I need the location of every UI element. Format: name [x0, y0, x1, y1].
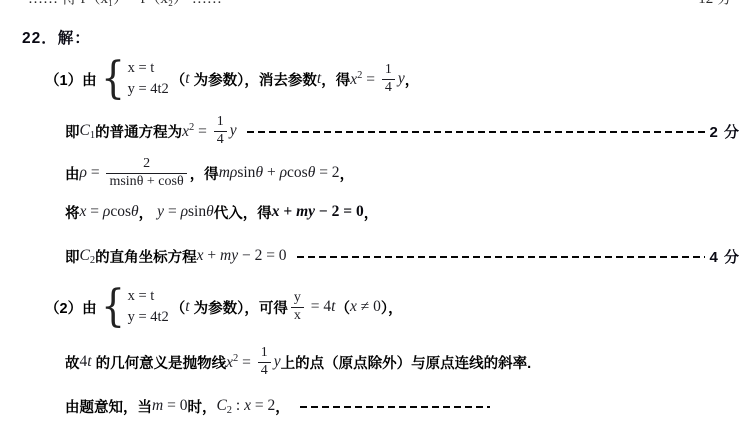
math-expression: m = 0	[152, 397, 187, 415]
chinese-text: 时，	[187, 396, 216, 417]
dotted-leader-line	[247, 131, 706, 133]
math-token: 1	[261, 345, 268, 360]
math-token: cos	[110, 203, 131, 220]
math-token: +	[279, 203, 296, 220]
line-geometric-meaning: 故4t 的几何意义是抛物线x2 = 14y上的点（原点除外）与原点连线的斜率.	[65, 340, 531, 384]
math-expression: y	[230, 122, 237, 140]
math-token: = 2	[315, 164, 339, 181]
line-m-zero-case: 由题意知，当m = 0时，C2 : x = 2，	[65, 394, 494, 418]
math-expression: x + my − 2 = 0	[197, 247, 287, 265]
math-token: =	[86, 203, 103, 220]
math-token: = 0	[163, 397, 187, 414]
math-token: θ	[255, 164, 263, 181]
math-token: cos	[287, 164, 308, 181]
chinese-text: 代入，得	[214, 202, 272, 223]
chinese-text: （1）由	[45, 69, 97, 90]
math-expression: x ≠ 0	[350, 298, 381, 316]
math-token: ≠ 0	[357, 298, 381, 315]
math-token: +	[203, 247, 220, 264]
chinese-text: ，得	[321, 69, 350, 90]
fraction-denominator: msinθ + cosθ	[106, 173, 186, 190]
dotted-leader-line	[300, 406, 490, 408]
fraction: 14	[214, 114, 227, 147]
math-token: =	[238, 354, 255, 371]
math-token: = 4	[307, 298, 331, 315]
score-mark: 4 分	[709, 246, 740, 267]
fraction-numerator: 2	[140, 156, 153, 172]
chinese-text: （	[171, 297, 186, 318]
line-part2-system: （2）由{x = ty = 4t2（t 为参数），可得yx = 4t（x ≠ 0…	[45, 283, 403, 331]
chinese-text: ，	[275, 396, 290, 417]
chinese-text: 即	[65, 246, 80, 267]
chinese-text: ，	[405, 69, 420, 90]
math-expression: y	[398, 70, 405, 88]
chinese-text: 上的点（原点除外）与原点连线的斜率.	[281, 352, 532, 373]
clipped-text-right: 12 分	[698, 0, 732, 8]
math-token: m	[220, 247, 231, 264]
math-token: x	[182, 123, 189, 140]
math-token: C	[80, 122, 90, 139]
math-token: x	[244, 397, 251, 414]
math-expression: y = ρsinθ	[157, 203, 214, 221]
system-row: y = 4t2	[128, 79, 169, 100]
math-token: x	[226, 354, 233, 371]
line-c1-equation-score2: 即C1的普通方程为x2 = 14y2 分	[65, 110, 740, 152]
math-token: C	[80, 247, 90, 264]
chinese-text: （	[171, 69, 186, 90]
fraction-denominator: 4	[258, 362, 271, 379]
math-token: θ	[177, 174, 184, 189]
math-token: = 4	[135, 81, 158, 97]
chinese-text: 的普通方程为	[95, 121, 182, 142]
chinese-text: ，	[340, 163, 355, 184]
problem-number-heading: 22．解：	[22, 26, 91, 48]
fraction-denominator: 4	[382, 79, 395, 96]
math-expression: ρ =	[80, 164, 104, 182]
fraction-numerator: 1	[258, 345, 271, 361]
math-expression: mρsinθ + ρcosθ = 2	[219, 164, 340, 182]
math-token: y	[294, 290, 301, 305]
math-token: = 4	[135, 309, 158, 325]
math-expression: x2 =	[182, 122, 211, 141]
math-token: θ	[206, 203, 214, 220]
chinese-text: 为参数），可得	[190, 297, 288, 318]
fraction-denominator: 4	[214, 131, 227, 148]
chinese-text: 由	[65, 163, 80, 184]
clipped-previous-line: …… 得 f（x₁）− f（x₂） …… 12 分	[0, 0, 746, 9]
line-part1-system: （1）由{x = ty = 4t2（t 为参数），消去参数t，得x2 = 14y…	[45, 55, 419, 103]
fraction-denominator: x	[291, 307, 304, 324]
equation-system: {x = ty = 4t2	[99, 58, 169, 100]
chinese-text: 为参数），消去参数	[190, 69, 317, 90]
chinese-text: ，得	[190, 163, 219, 184]
math-token: y	[274, 353, 281, 370]
math-token: =	[362, 71, 379, 88]
math-token: t	[150, 288, 154, 304]
math-token: 1	[385, 62, 392, 77]
system-row: y = 4t2	[128, 307, 169, 328]
math-token: − 2 = 0	[238, 247, 286, 264]
line-polar-equation: 由ρ = 2msinθ + cosθ，得mρsinθ + ρcosθ = 2，	[65, 150, 354, 196]
math-token: m	[219, 164, 230, 181]
math-solution-document: …… 得 f（x₁）− f（x₂） …… 12 分 22．解： （1）由{x =…	[0, 0, 746, 434]
math-token: x	[350, 298, 357, 315]
chinese-text: 即	[65, 121, 80, 142]
system-rows: x = ty = 4t2	[128, 58, 169, 100]
fraction: 2msinθ + cosθ	[106, 156, 186, 189]
dotted-leader-line	[297, 256, 706, 258]
math-token: m	[296, 203, 308, 220]
chinese-text: （	[335, 297, 350, 318]
chinese-text: 将	[65, 202, 80, 223]
math-token: sin	[188, 203, 206, 220]
math-token: y	[128, 81, 135, 97]
math-expression: C1	[80, 122, 96, 141]
math-token: + cos	[143, 174, 177, 189]
math-token: ρ	[80, 164, 87, 181]
math-expression: = 4t	[307, 298, 336, 316]
math-token: y	[398, 70, 405, 87]
math-token: ρ	[280, 164, 287, 181]
math-expression: x = ρcosθ	[80, 203, 139, 221]
math-token: =	[194, 123, 211, 140]
math-token: =	[164, 203, 181, 220]
math-token: − 2 = 0	[315, 203, 364, 220]
math-token: 1	[217, 114, 224, 129]
math-token: t	[150, 60, 154, 76]
fraction-numerator: 1	[382, 62, 395, 78]
math-token: y	[128, 309, 135, 325]
line-substitution: 将x = ρcosθ， y = ρsinθ代入，得x + my − 2 = 0，	[65, 200, 378, 224]
math-token: :	[232, 397, 244, 414]
math-expression: 4t	[80, 353, 92, 371]
math-token: 4	[217, 132, 224, 147]
math-expression: C2 : x = 2	[216, 397, 275, 416]
chinese-text: 的直角坐标方程	[95, 246, 197, 267]
math-token: 4	[261, 363, 268, 378]
math-token: m	[152, 397, 163, 414]
chinese-text: 故	[65, 352, 80, 373]
math-token: 2	[162, 81, 169, 97]
math-expression: C2	[80, 247, 96, 266]
math-token: x	[128, 288, 135, 304]
fraction: yx	[291, 290, 304, 323]
math-token: y	[308, 203, 315, 220]
math-token: C	[216, 397, 226, 414]
left-brace-icon: {	[101, 286, 125, 328]
chinese-text: （2）由	[45, 297, 97, 318]
chinese-text: ），	[381, 297, 403, 318]
math-token: x	[294, 308, 301, 323]
math-token: x	[128, 60, 135, 76]
chinese-text: ，	[364, 202, 379, 223]
fraction: 14	[382, 62, 395, 95]
chinese-text: 的几何意义是抛物线	[92, 352, 227, 373]
system-row: x = t	[128, 286, 169, 307]
equation-system: {x = ty = 4t2	[99, 286, 169, 328]
line-c2-equation-score4: 即C2的直角坐标方程x + my − 2 = 04 分	[65, 244, 740, 268]
system-row: x = t	[128, 58, 169, 79]
math-token: 2	[143, 156, 150, 171]
math-token: sin	[237, 164, 255, 181]
clipped-text-left: …… 得 f（x₁）− f（x₂） ……	[28, 0, 222, 8]
score-mark: 2 分	[709, 121, 740, 142]
math-expression: y	[274, 353, 281, 371]
math-token: m	[109, 174, 120, 189]
fraction-numerator: 1	[214, 114, 227, 130]
math-expression: x2 =	[226, 353, 255, 372]
math-token: ρ	[181, 203, 188, 220]
fraction: 14	[258, 345, 271, 378]
math-token: = 2	[251, 397, 275, 414]
math-token: =	[135, 60, 150, 76]
math-token: sin	[120, 174, 136, 189]
math-token: =	[87, 164, 104, 181]
math-token: 2	[162, 309, 169, 325]
fraction-numerator: y	[291, 290, 304, 306]
math-token: y	[230, 122, 237, 139]
math-expression: x + my − 2 = 0	[272, 203, 364, 221]
chinese-text: 由题意知，当	[65, 396, 152, 417]
left-brace-icon: {	[101, 58, 125, 100]
math-token: θ	[131, 203, 139, 220]
math-token: 4	[385, 80, 392, 95]
math-token: +	[263, 164, 280, 181]
chinese-text: ，	[139, 202, 158, 223]
math-token: =	[135, 288, 150, 304]
math-expression: x2 =	[350, 70, 379, 89]
system-rows: x = ty = 4t2	[128, 286, 169, 328]
